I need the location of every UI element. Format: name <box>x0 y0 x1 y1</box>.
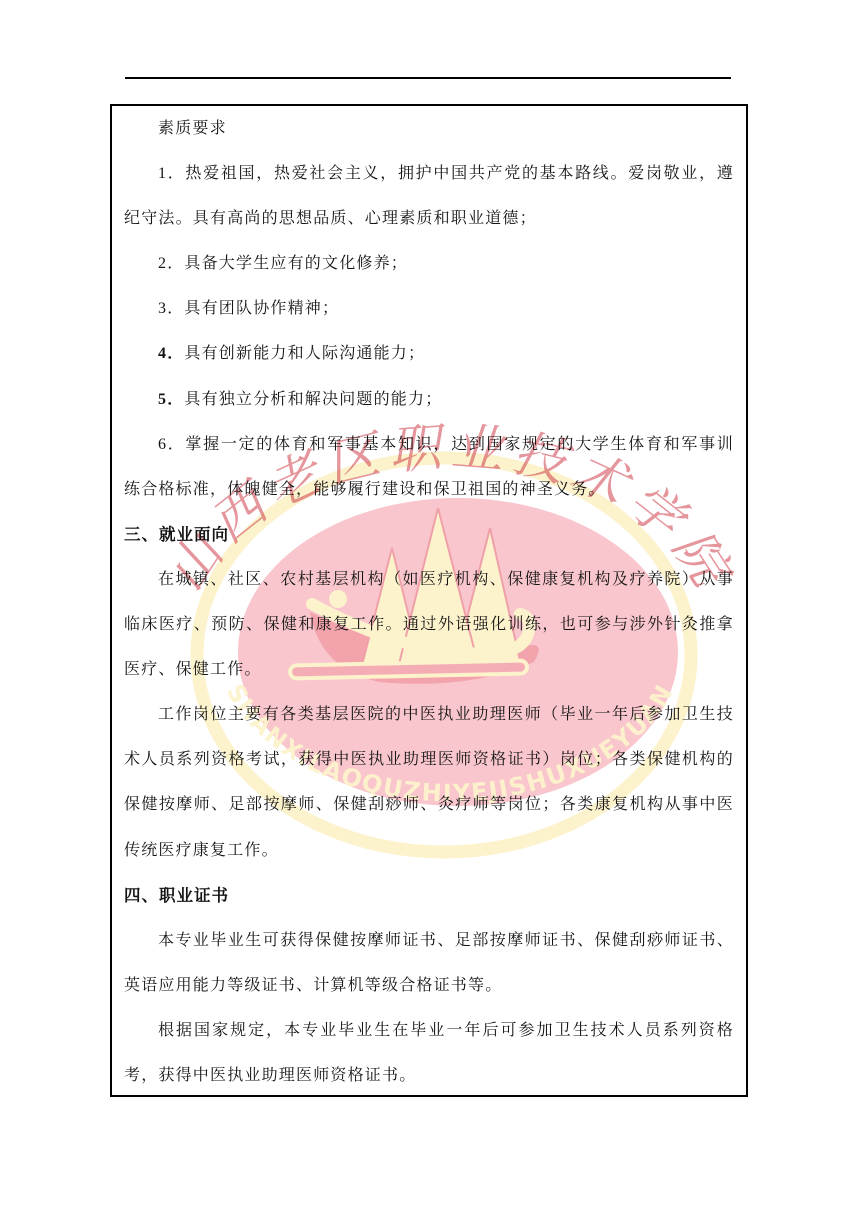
paragraph-text: 四、职业证书 <box>124 886 229 905</box>
bold-list-number: 5． <box>158 391 184 408</box>
paragraph-text: 素质要求 <box>158 120 227 137</box>
para-item-2: 2．具备大学生应有的文化修养； <box>124 241 734 286</box>
para-jiuye-2: 工作岗位主要有各类基层医院的中医执业助理医师（毕业一年后参加卫生技术人员系列资格… <box>124 692 734 872</box>
para-item-5: 5．具有独立分析和解决问题的能力； <box>124 377 734 422</box>
document-table: 素质要求1．热爱祖国，热爱社会主义，拥护中国共产党的基本路线。爱岗敬业，遵纪守法… <box>110 104 748 1097</box>
header-rule <box>125 77 731 79</box>
paragraph-text: 工作岗位主要有各类基层医院的中医执业助理医师（毕业一年后参加卫生技术人员系列资格… <box>124 706 734 858</box>
para-jiuye-1: 在城镇、社区、农村基层机构（如医疗机构、保健康复机构及疗养院）从事临床医疗、预防… <box>124 557 734 692</box>
paragraph-text: 三、就业面向 <box>124 525 229 544</box>
paragraph-text: 本专业毕业生可获得保健按摩师证书、足部按摩师证书、保健刮痧师证书、英语应用能力等… <box>124 932 734 994</box>
para-suzhi-yaoqiu: 素质要求 <box>124 106 734 151</box>
para-item-1: 1．热爱祖国，热爱社会主义，拥护中国共产党的基本路线。爱岗敬业，遵纪守法。具有高… <box>124 151 734 241</box>
paragraph-text: 具有独立分析和解决问题的能力； <box>184 391 442 408</box>
paragraph-text: 根据国家规定，本专业毕业生在毕业一年后可参加卫生技术人员系列资格考，获得中医执业… <box>124 1022 734 1084</box>
para-zhengshu-1: 本专业毕业生可获得保健按摩师证书、足部按摩师证书、保健刮痧师证书、英语应用能力等… <box>124 918 734 1008</box>
para-item-4: 4．具有创新能力和人际沟通能力； <box>124 331 734 376</box>
para-item-3: 3．具有团队协作精神； <box>124 286 734 331</box>
paragraph-text: 1．热爱祖国，热爱社会主义，拥护中国共产党的基本路线。爱岗敬业，遵纪守法。具有高… <box>124 165 734 227</box>
para-zhengshu-2: 根据国家规定，本专业毕业生在毕业一年后可参加卫生技术人员系列资格考，获得中医执业… <box>124 1008 734 1097</box>
paragraph-text: 3．具有团队协作精神； <box>158 300 339 317</box>
document-page: 山西老区职业技术学院 SHANXILAOQUZHIYEJISHUXUEYUAN … <box>0 0 860 1217</box>
bold-list-number: 4． <box>158 345 184 362</box>
paragraph-text: 6．掌握一定的体育和军事基本知识，达到国家规定的大学生体育和军事训练合格标准，体… <box>124 436 734 498</box>
para-item-6: 6．掌握一定的体育和军事基本知识，达到国家规定的大学生体育和军事训练合格标准，体… <box>124 422 734 512</box>
heading-jiuye-mianxiang: 三、就业面向 <box>124 512 734 557</box>
paragraph-text: 具有创新能力和人际沟通能力； <box>184 345 425 362</box>
heading-zhiye-zhengshu: 四、职业证书 <box>124 873 734 918</box>
paragraph-text: 在城镇、社区、农村基层机构（如医疗机构、保健康复机构及疗养院）从事临床医疗、预防… <box>124 571 734 678</box>
paragraph-text: 2．具备大学生应有的文化修养； <box>158 255 408 272</box>
